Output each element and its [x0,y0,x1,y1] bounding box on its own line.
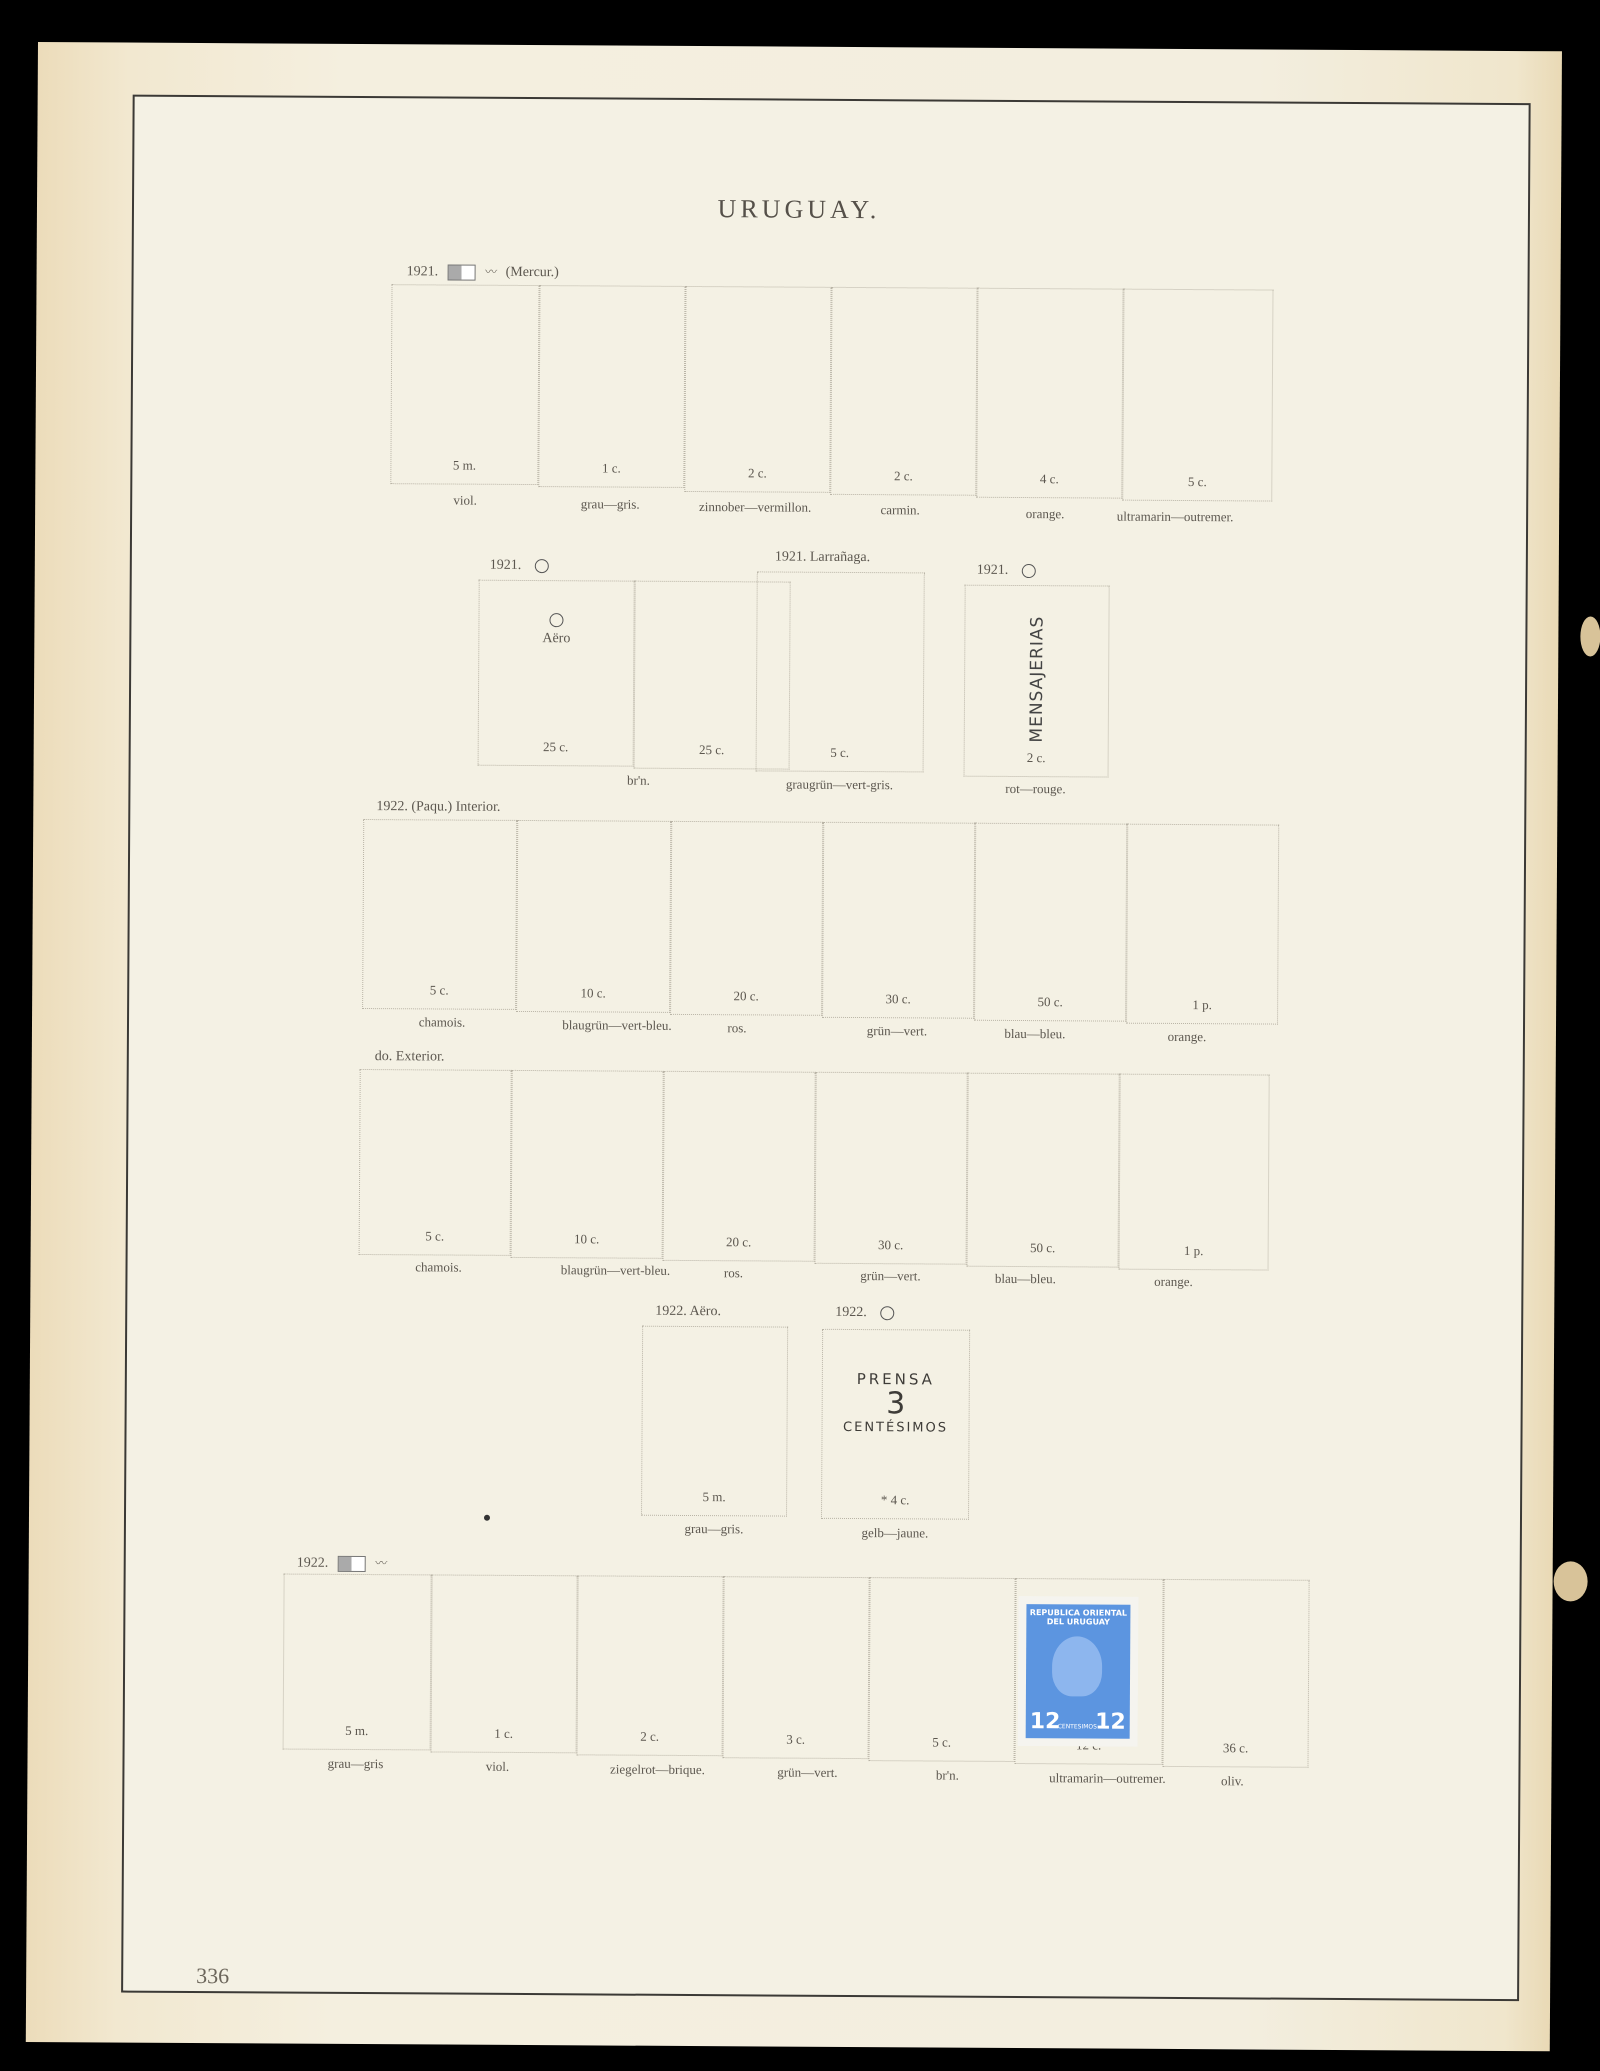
stamp-slot[interactable]: 36 c. [1162,1579,1309,1768]
watermark-box-icon [448,264,476,280]
page-number: 336 [196,1963,229,1989]
color-label: zinnober—vermillon. [655,499,855,516]
ink-spot [484,1515,490,1521]
stamp-slot[interactable]: 5 m. [641,1326,788,1517]
section-caption-1922-prensa: 1922. [835,1305,894,1321]
color-label: chamois. [392,1014,492,1031]
stamp-slot[interactable]: 10 c. [511,1070,664,1259]
perforation-wave-icon: 〰 [375,1556,386,1570]
color-label: viol. [415,492,515,509]
stamp-row-1922-prensa: PRENSA 3 CENTÉSIMOS * 4 c. [821,1329,970,1520]
color-label: ros. [683,1265,783,1282]
color-label: br'n. [588,772,688,789]
stamp-row-1921-mercur: 5 m. 1 c. 2 c. 2 c. 4 c. 5 c. [390,284,1273,501]
stamp-slot[interactable]: 5 c. [756,571,925,772]
caption-year: 1921. [407,264,439,279]
section-caption-1921-aero: 1921. [490,558,549,574]
stamp-slot[interactable]: Aëro 25 c. [478,580,635,767]
stamp-slot[interactable]: 30 c. [815,1072,968,1265]
color-label: ultramarin—outremer. [1007,1770,1207,1787]
color-label: carmin. [850,502,950,519]
stamp-slot[interactable]: 2 c. [830,287,977,496]
mounted-stamp-12c-lapwing[interactable]: REPUBLICA ORIENTAL DEL URUGUAY 12 CENTES… [1018,1596,1139,1747]
circle-overprint-icon [1022,564,1036,578]
circle-overprint-icon [880,1306,894,1320]
stamp-slot[interactable]: 1 p. [1119,1074,1270,1271]
perforation-wave-icon: 〰 [485,265,496,279]
color-label: ros. [687,1020,787,1037]
stamp-slot[interactable]: 2 c. [577,1575,724,1756]
section-caption-1922-definitives: 1922. 〰 [297,1554,393,1573]
color-label: oliv. [1192,1773,1272,1789]
stamp-slot[interactable]: 20 c. [670,821,823,1016]
stamp-slot[interactable]: 1 c. [431,1574,578,1753]
binder-hole [1580,616,1600,656]
stamp-row-exterior: 5 c. 10 c. 20 c. 30 c. 50 c. 1 p. [359,1069,1270,1271]
overprint-text: MENSAJERIAS [1026,616,1047,743]
circle-overprint-icon [535,559,549,573]
section-caption-1921-larranaga: 1921. Larrañaga. [775,550,870,567]
stamp-slot[interactable]: 3 c. [723,1576,870,1759]
stamp-slot[interactable]: 5 c. [869,1577,1016,1762]
section-caption-exterior: do. Exterior. [375,1049,445,1065]
color-label: blau—bleu. [985,1026,1085,1043]
color-label: grau—gris [305,1756,405,1773]
stamp-slot[interactable]: 30 c. [822,822,975,1019]
stamp-slot[interactable]: 10 c. [516,820,671,1013]
stamp-header: REPUBLICA ORIENTAL DEL URUGUAY [1026,1608,1130,1627]
prensa-overprint: PRENSA 3 CENTÉSIMOS [823,1370,969,1436]
section-caption-1922-paqu-interior: 1922. (Paqu.) Interior. [376,799,500,816]
stamp-slot[interactable]: 5 c. [362,819,517,1010]
color-label: grün—vert. [815,1268,965,1285]
watermark-box-icon [338,1556,366,1572]
color-label: ziegelrot—brique. [567,1761,747,1778]
color-label: grün—vert. [822,1023,972,1040]
stamp-row-1921-mensajerias: MENSAJERIAS 2 c. [964,585,1110,778]
section-caption-1921-mensajerias: 1921. [977,563,1036,579]
stamp-slot[interactable]: PRENSA 3 CENTÉSIMOS * 4 c. [821,1329,970,1520]
overprint-text: Aëro [479,631,633,648]
color-label: ultramarin—outremer. [1075,508,1275,525]
stamp-row-1921-larranaga: 5 c. [756,571,925,772]
stamp-slot[interactable]: MENSAJERIAS 2 c. [964,585,1110,778]
stamp-slot[interactable]: 4 c. [976,288,1123,499]
stamp-slot[interactable]: 1 c. [538,285,685,488]
color-label: grün—vert. [747,1764,867,1781]
caption-text: (Mercur.) [506,265,559,280]
color-label: br'n. [907,1767,987,1783]
color-label: graugrün—vert-gris. [739,776,939,793]
color-label: gelb—jaune. [845,1525,945,1542]
stamp-slot[interactable]: 2 c. [684,286,831,493]
stamp-slot[interactable]: 5 c. [1122,289,1273,502]
stamp-slot[interactable]: 50 c. [967,1073,1120,1268]
color-label: grau—gris. [560,496,660,513]
color-label: viol. [457,1759,537,1775]
stamp-row-1922-interior: 5 c. 10 c. 20 c. 30 c. 50 c. 1 p. [362,819,1279,1025]
section-caption-1921-mercur: 1921. 〰 (Mercur.) [407,262,559,281]
binder-hole [1554,1561,1588,1601]
album-page: URUGUAY. 1921. 〰 (Mercur.) 5 m. 1 c. 2 c… [26,42,1562,2051]
stamp-slot[interactable]: 5 m. [283,1574,432,1751]
color-label: rot—rouge. [985,781,1085,798]
color-label: grau—gris. [664,1521,764,1538]
color-label: blau—bleu. [975,1271,1075,1288]
color-label: orange. [1137,1029,1237,1046]
section-caption-1922-aero: 1922. Aëro. [655,1304,721,1320]
color-label: chamois. [388,1259,488,1276]
stamp-row-1922-definitives: 5 m. 1 c. 2 c. 3 c. 5 c. 12 c. 36 c. [283,1574,1310,1768]
circle-overprint-icon [549,613,563,627]
stamp-slot[interactable]: 1 p. [1126,824,1279,1025]
stamp-row-1921-aero: Aëro 25 c. 25 c. [478,580,791,770]
stamp-slot[interactable]: 5 m. [390,284,539,485]
stamp-row-1922-aero: 5 m. [641,1326,788,1517]
stamp-slot[interactable]: 50 c. [974,823,1127,1022]
stamp-face: REPUBLICA ORIENTAL DEL URUGUAY 12 CENTES… [1026,1604,1131,1739]
bird-icon [1052,1636,1102,1696]
color-label: orange. [1123,1274,1223,1291]
stamp-slot[interactable]: 5 c. [359,1069,512,1256]
stamp-slot[interactable]: 20 c. [663,1071,816,1262]
